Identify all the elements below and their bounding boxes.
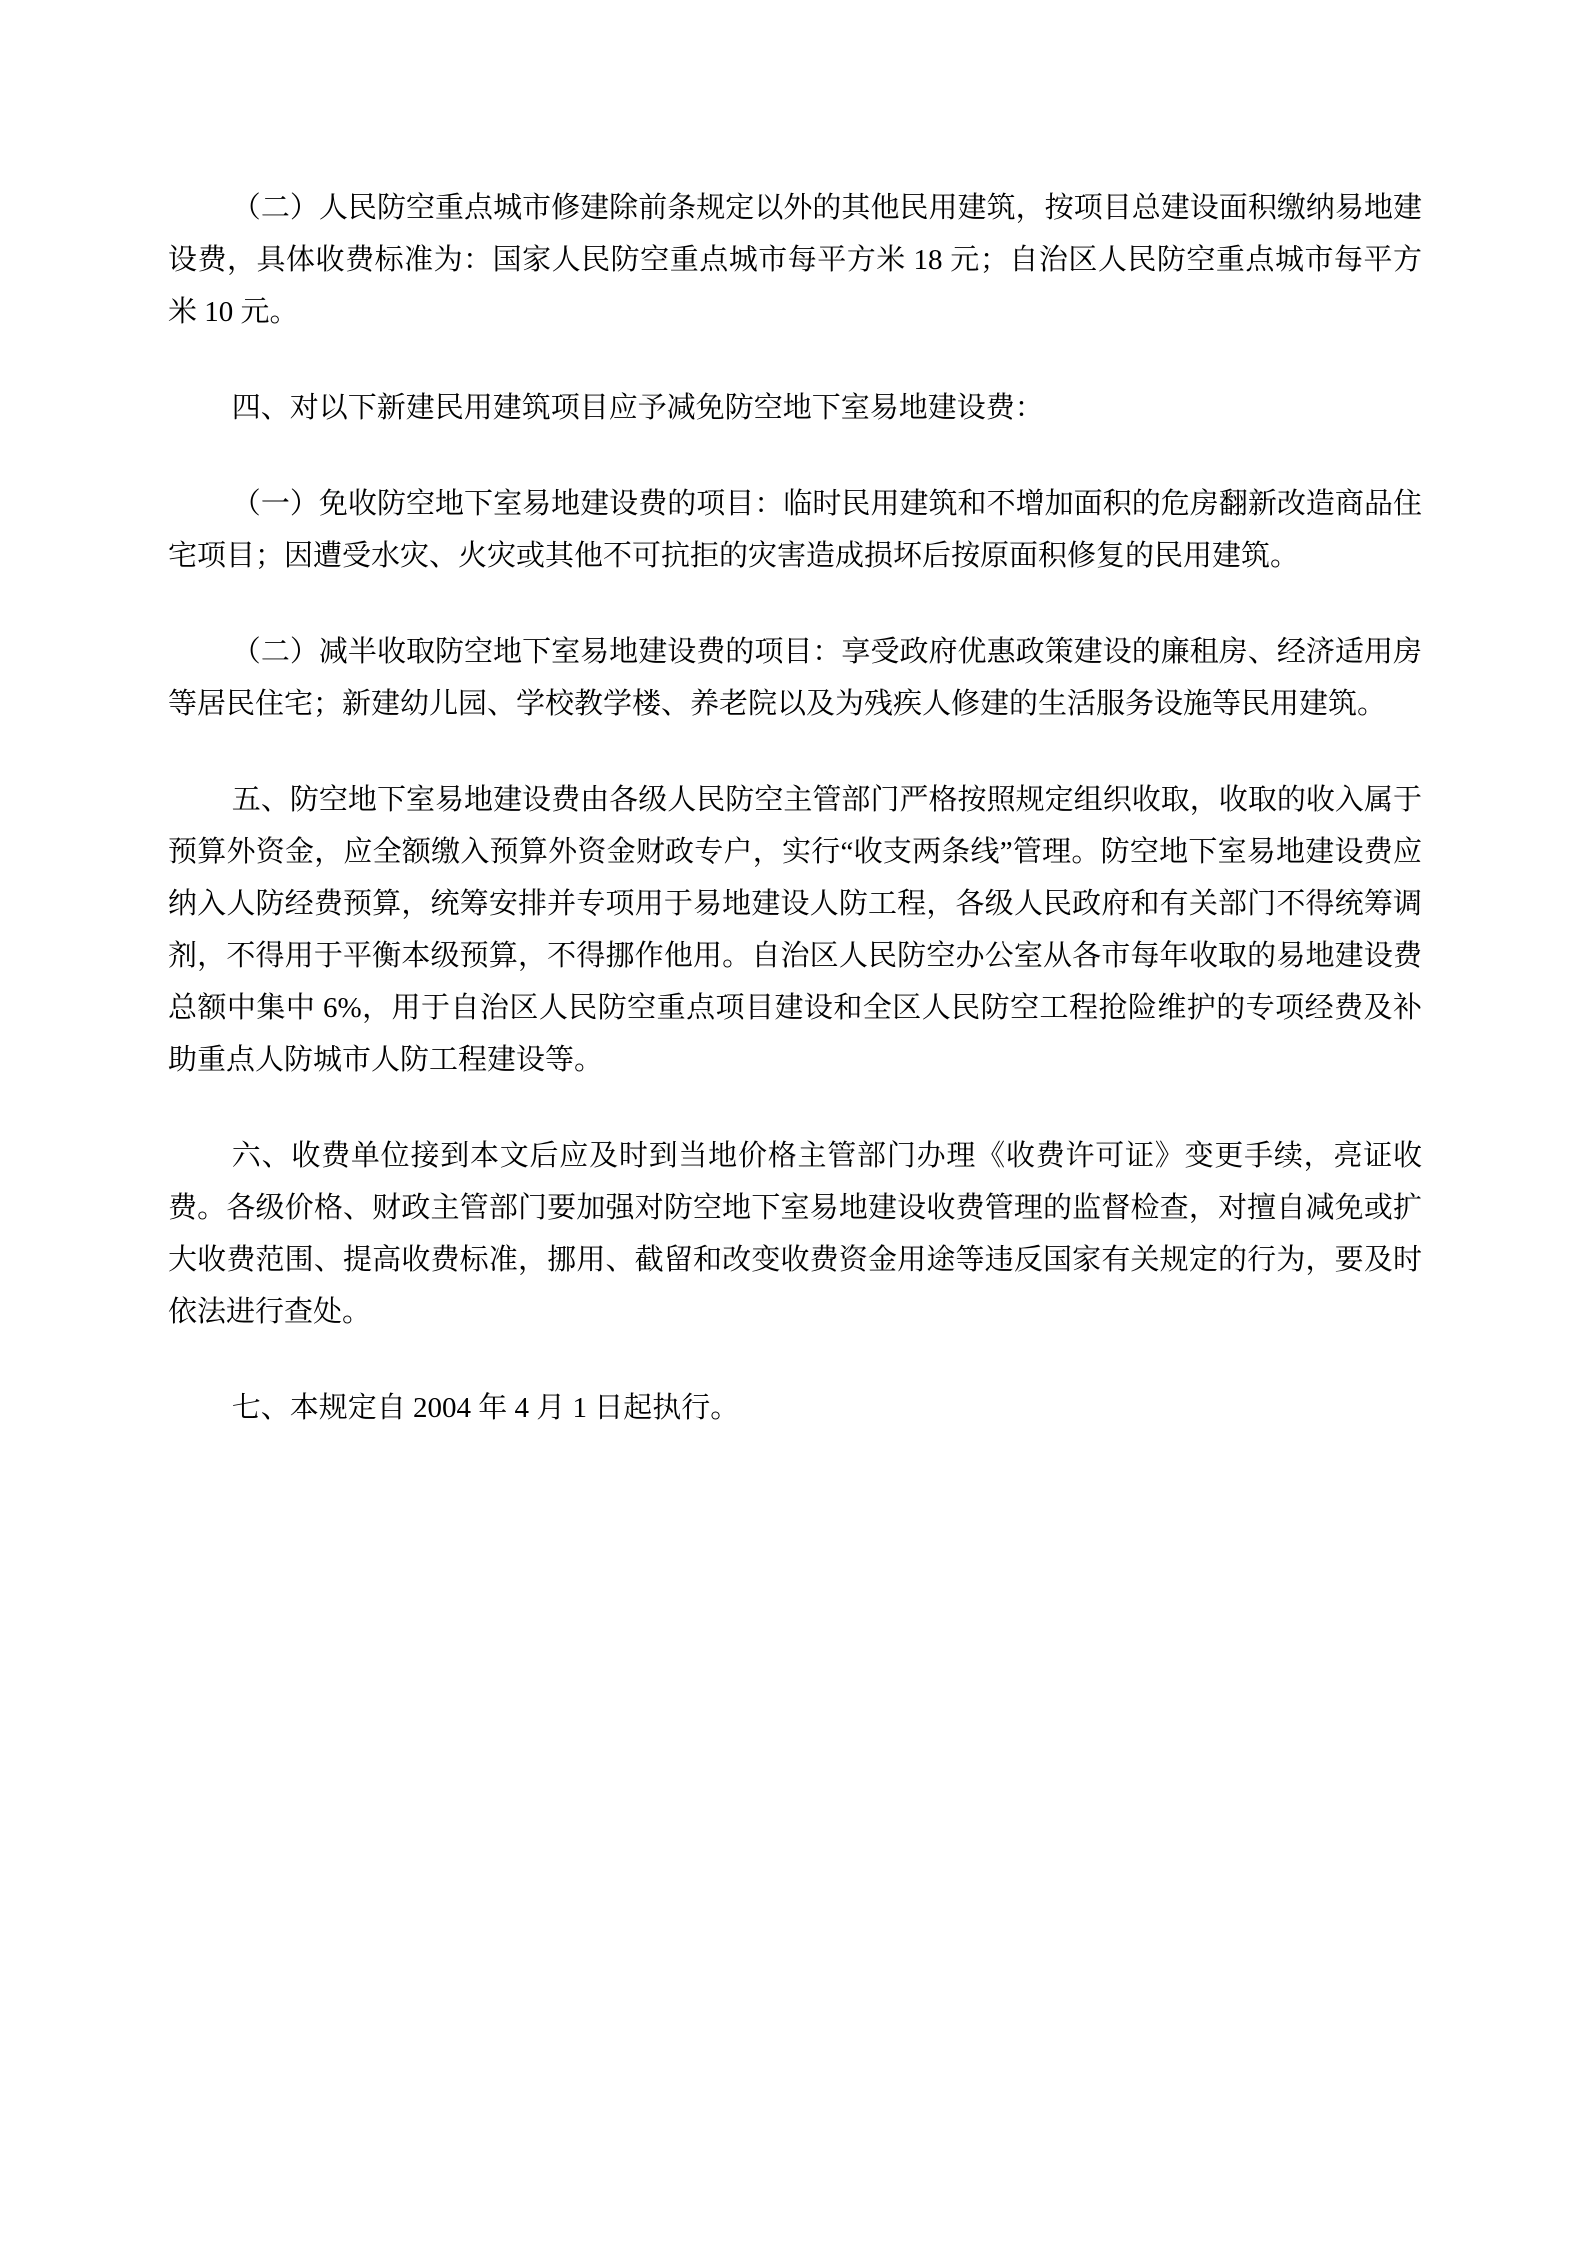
- document-paragraph: （一）免收防空地下室易地建设费的项目：临时民用建筑和不增加面积的危房翻新改造商品…: [168, 478, 1422, 582]
- document-paragraph: 六、收费单位接到本文后应及时到当地价格主管部门办理《收费许可证》变更手续，亮证收…: [168, 1130, 1422, 1338]
- document-paragraph: （二）人民防空重点城市修建除前条规定以外的其他民用建筑，按项目总建设面积缴纳易地…: [168, 182, 1422, 338]
- document-paragraph: 四、对以下新建民用建筑项目应予减免防空地下室易地建设费：: [168, 382, 1422, 434]
- document-paragraph: 五、防空地下室易地建设费由各级人民防空主管部门严格按照规定组织收取，收取的收入属…: [168, 774, 1422, 1086]
- document-page: （二）人民防空重点城市修建除前条规定以外的其他民用建筑，按项目总建设面积缴纳易地…: [0, 0, 1587, 2245]
- document-paragraph: 七、本规定自 2004 年 4 月 1 日起执行。: [168, 1382, 1422, 1434]
- document-paragraph: （二）减半收取防空地下室易地建设费的项目：享受政府优惠政策建设的廉租房、经济适用…: [168, 626, 1422, 730]
- document-body: （二）人民防空重点城市修建除前条规定以外的其他民用建筑，按项目总建设面积缴纳易地…: [168, 182, 1422, 1434]
